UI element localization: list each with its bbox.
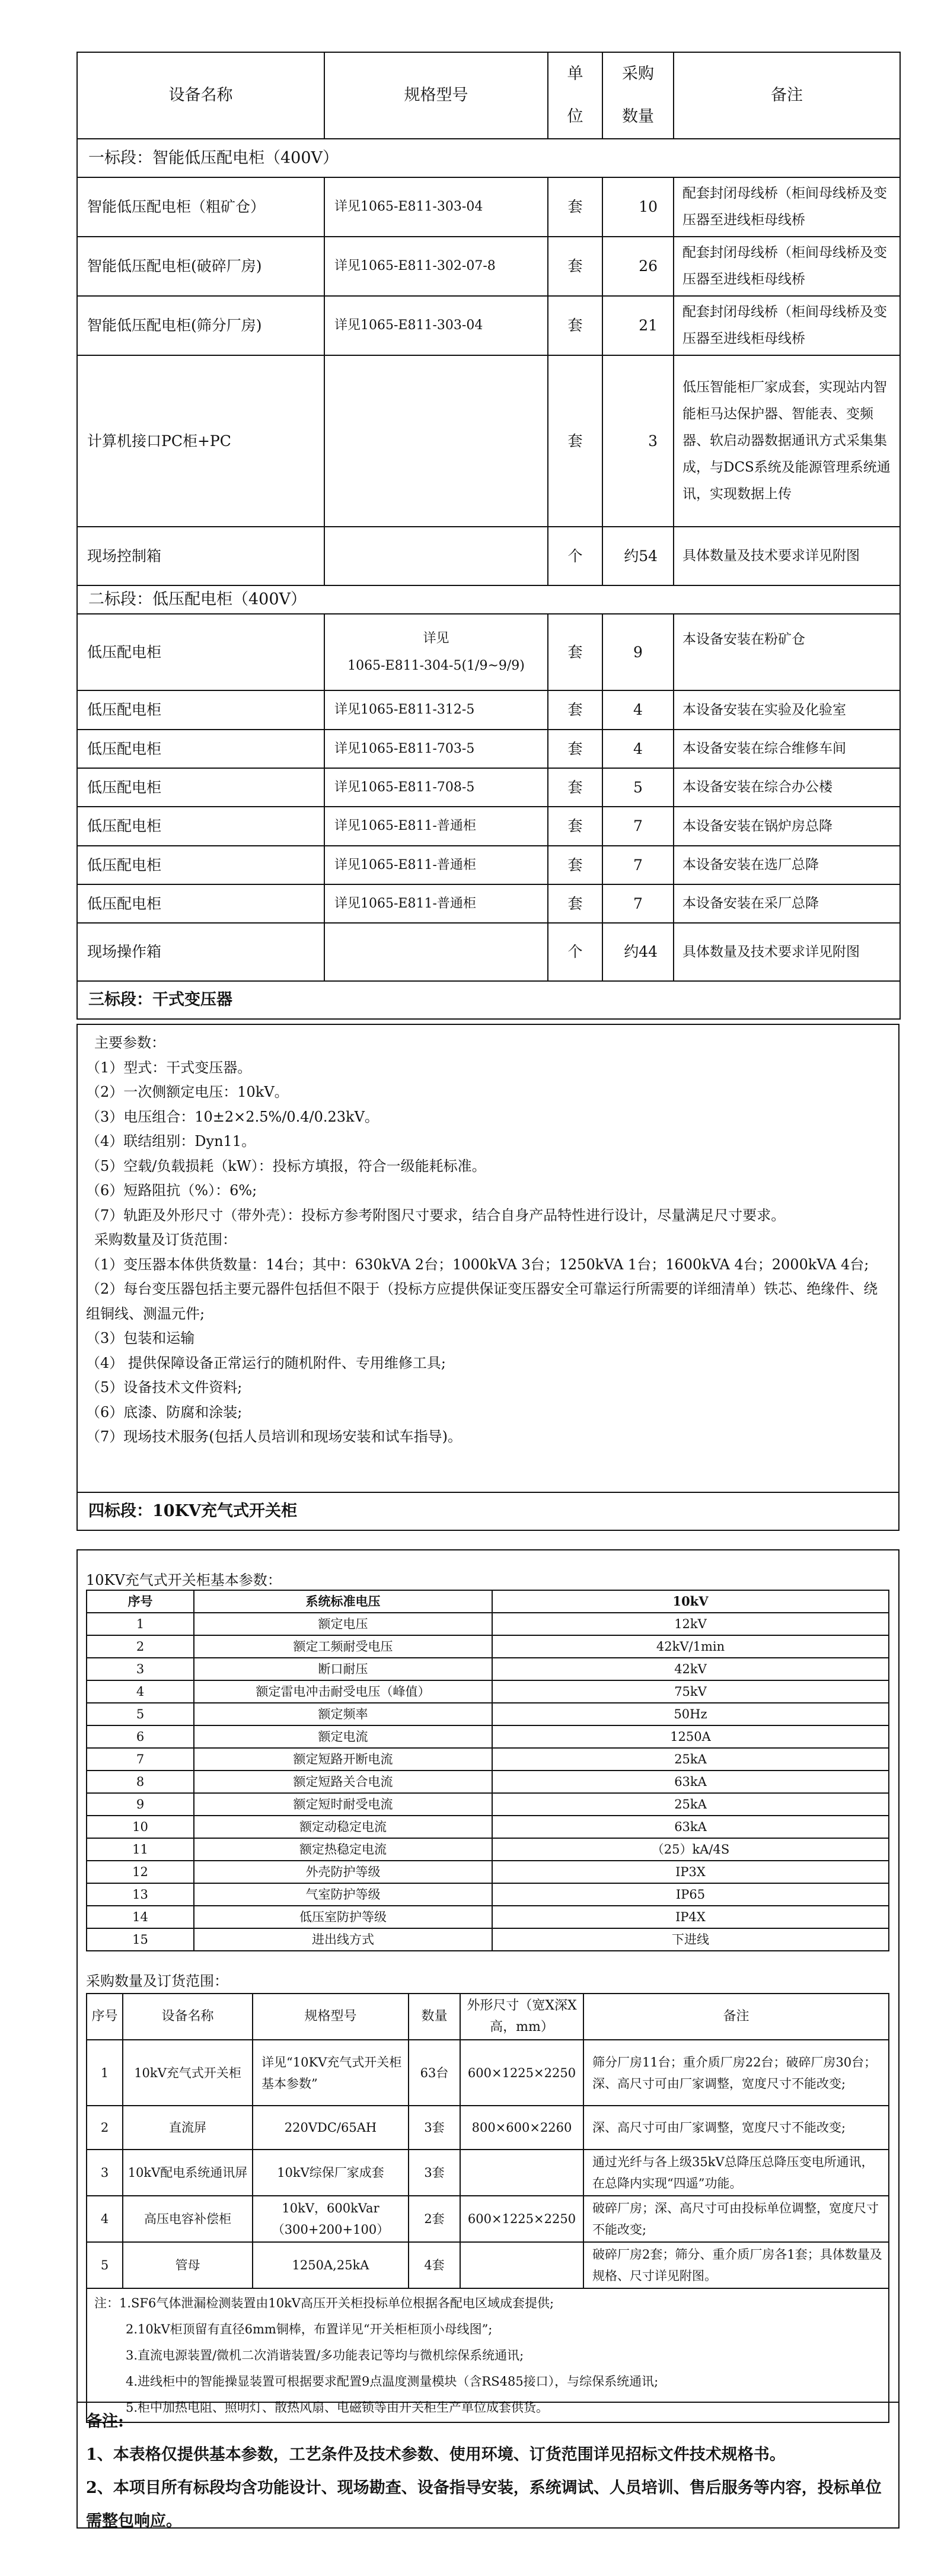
param-value: （25）kA/4S bbox=[492, 1838, 889, 1861]
param-line: （6）短路阻抗（%）：6%; bbox=[86, 1179, 890, 1203]
header-equipment-name: 设备名称 bbox=[77, 52, 324, 139]
param-no: 15 bbox=[87, 1928, 194, 1951]
param-item: 额定工频耐受电压 bbox=[194, 1635, 492, 1658]
params-title: 主要参数： bbox=[86, 1031, 890, 1056]
table-row: 4 高压电容补偿柜 10kV，600kVar（300+200+100） 2套 6… bbox=[87, 2196, 889, 2242]
unit: 个 bbox=[548, 527, 602, 585]
param-value: 75kV bbox=[492, 1680, 889, 1703]
quantity: 7 bbox=[602, 846, 674, 884]
order-no: 4 bbox=[87, 2196, 123, 2242]
quantity: 7 bbox=[602, 884, 674, 923]
param-item: 额定短路关合电流 bbox=[194, 1771, 492, 1793]
param-line: （2）一次侧额定电压：10kV。 bbox=[86, 1080, 890, 1105]
table-row: 3 10kV配电系统通讯屏 10kV综保厂家成套 3套 通过光纤与各上级35kV… bbox=[87, 2150, 889, 2196]
header-quantity: 采购数量 bbox=[602, 52, 674, 139]
quantity: 10 bbox=[602, 177, 674, 237]
order-header-size: 外形尺寸（宽X深X高，mm） bbox=[460, 1994, 583, 2040]
table-row: 智能低压配电柜(筛分厂房) 详见1065-E811-303-04 套 21 配套… bbox=[77, 296, 900, 355]
param-no: 14 bbox=[87, 1906, 194, 1928]
param-value: 63kA bbox=[492, 1771, 889, 1793]
equipment-name: 低压配电柜 bbox=[77, 884, 324, 923]
switchgear-params-title: 10KV充气式开关柜基本参数： bbox=[86, 1568, 282, 1589]
equipment-name: 现场控制箱 bbox=[77, 527, 324, 585]
param-value: IP4X bbox=[492, 1906, 889, 1928]
section-2-title: 二标段：低压配电柜（400V） bbox=[77, 585, 900, 614]
notes-label: 注： bbox=[94, 2296, 119, 2310]
param-header-row: 序号 系统标准电压 10kV bbox=[87, 1590, 889, 1613]
header-spec-model: 规格型号 bbox=[324, 52, 548, 139]
param-value: 12kV bbox=[492, 1613, 889, 1635]
spec-model bbox=[324, 355, 548, 527]
param-no: 7 bbox=[87, 1748, 194, 1771]
note: 配套封闭母线桥（柜间母线桥及变压器至进线柜母线桥 bbox=[674, 237, 900, 296]
order-header-name: 设备名称 bbox=[123, 1994, 253, 2040]
unit: 套 bbox=[548, 355, 602, 527]
spec-model: 详见1065-E811-普通柜 bbox=[324, 807, 548, 846]
param-no: 12 bbox=[87, 1861, 194, 1883]
note: 本设备安装在实验及化验室 bbox=[674, 690, 900, 730]
unit: 套 bbox=[548, 846, 602, 884]
order-spec: 10kV，600kVar（300+200+100） bbox=[253, 2196, 409, 2242]
param-no: 11 bbox=[87, 1838, 194, 1861]
spec-model bbox=[324, 923, 548, 981]
order-scope-title: 采购数量及订货范围： bbox=[86, 1969, 228, 1990]
order-qty: 3套 bbox=[409, 2150, 460, 2196]
param-header-value: 10kV bbox=[492, 1590, 889, 1613]
note: 具体数量及技术要求详见附图 bbox=[674, 923, 900, 981]
table-row: 计算机接口PC柜+PC 套 3 低压智能柜厂家成套，实现站内智能柜马达保护器、智… bbox=[77, 355, 900, 527]
scope-line: （7）现场技术服务(包括人员培训和现场安装和试车指导)。 bbox=[86, 1425, 890, 1450]
unit: 套 bbox=[548, 768, 602, 807]
param-value: 42kV/1min bbox=[492, 1635, 889, 1658]
param-item: 额定电流 bbox=[194, 1725, 492, 1748]
equipment-name: 低压配电柜 bbox=[77, 614, 324, 690]
table-row: 现场操作箱 个 约44 具体数量及技术要求详见附图 bbox=[77, 923, 900, 981]
header-note: 备注 bbox=[674, 52, 900, 139]
equipment-name: 智能低压配电柜(破碎厂房) bbox=[77, 237, 324, 296]
equipment-name: 低压配电柜 bbox=[77, 846, 324, 884]
quantity: 21 bbox=[602, 296, 674, 355]
equipment-name: 计算机接口PC柜+PC bbox=[77, 355, 324, 527]
spec-model: 详见1065-E811-312-5 bbox=[324, 690, 548, 730]
param-no: 6 bbox=[87, 1725, 194, 1748]
order-name: 10kV配电系统通讯屏 bbox=[123, 2150, 253, 2196]
quantity: 3 bbox=[602, 355, 674, 527]
quantity: 5 bbox=[602, 768, 674, 807]
order-size: 600×1225×2250 bbox=[460, 2196, 583, 2242]
switchgear-param-table: 序号 系统标准电压 10kV 1额定电压12kV 2额定工频耐受电压42kV/1… bbox=[86, 1590, 889, 1951]
table-row: 1 10kV充气式开关柜 详见“10KV充气式开关柜基本参数” 63台 600×… bbox=[87, 2040, 889, 2106]
remark-line: 1、本表格仅提供基本参数，工艺条件及技术参数、使用环境、订货范围详见招标文件技术… bbox=[86, 2438, 890, 2472]
unit: 套 bbox=[548, 884, 602, 923]
param-line: （4）联结组别：Dyn11。 bbox=[86, 1129, 890, 1154]
table-row: 低压配电柜 详见1065-E811-普通柜 套 7 本设备安装在选厂总降 bbox=[77, 846, 900, 884]
table-row: 15进出线方式下进线 bbox=[87, 1928, 889, 1951]
table-row: 6额定电流1250A bbox=[87, 1725, 889, 1748]
section-1-row: 一标段：智能低压配电柜（400V） bbox=[77, 139, 900, 177]
note: 本设备安装在采厂总降 bbox=[674, 884, 900, 923]
table-row: 9额定短时耐受电流25kA bbox=[87, 1793, 889, 1816]
order-note: 筛分厂房11台；重介质厂房22台；破碎厂房30台；深、高尺寸可由厂家调整，宽度尺… bbox=[583, 2040, 889, 2106]
note-line: 2.10kV柜顶留有直径6mm铜棒，布置详见“开关柜柜顶小母线图”; bbox=[94, 2316, 881, 2342]
spec-model: 详见1065-E811-708-5 bbox=[324, 768, 548, 807]
equipment-name: 智能低压配电柜(筛分厂房) bbox=[77, 296, 324, 355]
quantity: 约54 bbox=[602, 527, 674, 585]
table-row: 低压配电柜 详见1065-E811-普通柜 套 7 本设备安装在锅炉房总降 bbox=[77, 807, 900, 846]
order-note: 破碎厂房；深、高尺寸可由投标单位调整，宽度尺寸不能改变; bbox=[583, 2196, 889, 2242]
table-row: 低压配电柜 详见1065-E811-普通柜 套 7 本设备安装在采厂总降 bbox=[77, 884, 900, 923]
note-line: 3.直流电源装置/微机二次消谐装置/多功能表记等均与微机综保系统通讯; bbox=[94, 2342, 881, 2368]
order-spec: 1250A,25kA bbox=[253, 2242, 409, 2288]
table-row: 3断口耐压42kV bbox=[87, 1658, 889, 1680]
table-row: 低压配电柜 详见1065-E811-708-5 套 5 本设备安装在综合办公楼 bbox=[77, 768, 900, 807]
header-unit: 单位 bbox=[548, 52, 602, 139]
table-row: 12外壳防护等级IP3X bbox=[87, 1861, 889, 1883]
spec-model: 详见1065-E811-普通柜 bbox=[324, 884, 548, 923]
unit: 套 bbox=[548, 177, 602, 237]
param-item: 额定短路开断电流 bbox=[194, 1748, 492, 1771]
order-qty: 3套 bbox=[409, 2106, 460, 2150]
param-header-no: 序号 bbox=[87, 1590, 194, 1613]
unit: 套 bbox=[548, 690, 602, 730]
order-no: 1 bbox=[87, 2040, 123, 2106]
spec-model: 详见1065-E811-303-04 bbox=[324, 296, 548, 355]
param-value: 25kA bbox=[492, 1748, 889, 1771]
unit: 套 bbox=[548, 296, 602, 355]
scope-title: 采购数量及订货范围： bbox=[86, 1228, 890, 1253]
order-no: 2 bbox=[87, 2106, 123, 2150]
order-spec: 10kV综保厂家成套 bbox=[253, 2150, 409, 2196]
remarks-title: 备注: bbox=[86, 2405, 890, 2438]
table-row: 8额定短路关合电流63kA bbox=[87, 1771, 889, 1793]
param-line: （5）空载/负载损耗（kW）：投标方填报，符合一级能耗标准。 bbox=[86, 1154, 890, 1179]
spec-model: 详见1065-E811-303-04 bbox=[324, 177, 548, 237]
note-line: 4.进线柜中的智能操显装置可根据要求配置9点温度测量模块（含RS485接口），与… bbox=[94, 2368, 881, 2394]
param-item: 气室防护等级 bbox=[194, 1883, 492, 1906]
note: 配套封闭母线桥（柜间母线桥及变压器至进线柜母线桥 bbox=[674, 177, 900, 237]
param-no: 2 bbox=[87, 1635, 194, 1658]
table-row: 2 直流屏 220VDC/65AH 3套 800×600×2260 深、高尺寸可… bbox=[87, 2106, 889, 2150]
switchgear-box: 10KV充气式开关柜基本参数： 序号 系统标准电压 10kV 1额定电压12kV… bbox=[76, 1549, 899, 2403]
scope-line: （4） 提供保障设备正常运行的随机附件、专用维修工具; bbox=[86, 1351, 890, 1376]
unit: 套 bbox=[548, 614, 602, 690]
table-row: 10额定动稳定电流63kA bbox=[87, 1816, 889, 1838]
order-header-qty: 数量 bbox=[409, 1994, 460, 2040]
param-no: 5 bbox=[87, 1703, 194, 1725]
order-size: 600×1225×2250 bbox=[460, 2040, 583, 2106]
equipment-name: 低压配电柜 bbox=[77, 730, 324, 768]
param-line: （1）型式：干式变压器。 bbox=[86, 1056, 890, 1081]
quantity: 26 bbox=[602, 237, 674, 296]
order-qty: 63台 bbox=[409, 2040, 460, 2106]
order-qty: 2套 bbox=[409, 2196, 460, 2242]
param-item: 断口耐压 bbox=[194, 1658, 492, 1680]
equipment-name: 低压配电柜 bbox=[77, 807, 324, 846]
order-no: 3 bbox=[87, 2150, 123, 2196]
spec-model bbox=[324, 527, 548, 585]
table-row: 4额定雷电冲击耐受电压（峰值）75kV bbox=[87, 1680, 889, 1703]
order-spec: 220VDC/65AH bbox=[253, 2106, 409, 2150]
quantity: 7 bbox=[602, 807, 674, 846]
order-spec: 详见“10KV充气式开关柜基本参数” bbox=[253, 2040, 409, 2106]
table-row: 5 管母 1250A,25kA 4套 破碎厂房2套；筛分、重介质厂房各1套；具体… bbox=[87, 2242, 889, 2288]
unit: 套 bbox=[548, 730, 602, 768]
order-qty: 4套 bbox=[409, 2242, 460, 2288]
order-note: 深、高尺寸可由厂家调整，宽度尺寸不能改变; bbox=[583, 2106, 889, 2150]
note: 具体数量及技术要求详见附图 bbox=[674, 527, 900, 585]
note: 本设备安装在粉矿仓 bbox=[674, 614, 900, 690]
order-size bbox=[460, 2150, 583, 2196]
param-value: 25kA bbox=[492, 1793, 889, 1816]
table-header-row: 设备名称 规格型号 单位 采购数量 备注 bbox=[77, 52, 900, 139]
order-name: 高压电容补偿柜 bbox=[123, 2196, 253, 2242]
table-row: 5额定频率50Hz bbox=[87, 1703, 889, 1725]
section-4-title: 四标段：10KV充气式开关柜 bbox=[76, 1492, 899, 1531]
order-header-note: 备注 bbox=[583, 1994, 889, 2040]
note-line: 注：1.SF6气体泄漏检测装置由10kV高压开关柜投标单位根据各配电区域成套提供… bbox=[94, 2290, 881, 2316]
order-note: 通过光纤与各上级35kV总降压总降压变电所通讯，在总降内实现“四遥”功能。 bbox=[583, 2150, 889, 2196]
unit: 套 bbox=[548, 807, 602, 846]
order-size: 800×600×2260 bbox=[460, 2106, 583, 2150]
scope-line: （6）底漆、防腐和涂装; bbox=[86, 1400, 890, 1425]
param-no: 10 bbox=[87, 1816, 194, 1838]
param-no: 13 bbox=[87, 1883, 194, 1906]
param-item: 额定热稳定电流 bbox=[194, 1838, 492, 1861]
note: 配套封闭母线桥（柜间母线桥及变压器至进线柜母线桥 bbox=[674, 296, 900, 355]
quantity: 9 bbox=[602, 614, 674, 690]
param-value: 42kV bbox=[492, 1658, 889, 1680]
order-name: 管母 bbox=[123, 2242, 253, 2288]
param-value: IP3X bbox=[492, 1861, 889, 1883]
table-row: 低压配电柜 详见1065-E811-312-5 套 4 本设备安装在实验及化验室 bbox=[77, 690, 900, 730]
param-item: 低压室防护等级 bbox=[194, 1906, 492, 1928]
remarks-box: 备注: 1、本表格仅提供基本参数，工艺条件及技术参数、使用环境、订货范围详见招标… bbox=[76, 2402, 899, 2529]
table-row: 智能低压配电柜（粗矿仓） 详见1065-E811-303-04 套 10 配套封… bbox=[77, 177, 900, 237]
spec-model: 详见1065-E811-302-07-8 bbox=[324, 237, 548, 296]
note: 低压智能柜厂家成套，实现站内智能柜马达保护器、智能表、变频器、软启动器数据通讯方… bbox=[674, 355, 900, 527]
procurement-table: 设备名称 规格型号 单位 采购数量 备注 一标段：智能低压配电柜（400V） 智… bbox=[76, 52, 901, 1020]
param-value: 63kA bbox=[492, 1816, 889, 1838]
param-item: 额定电压 bbox=[194, 1613, 492, 1635]
table-row: 低压配电柜 详见1065-E811-703-5 套 4 本设备安装在综合维修车间 bbox=[77, 730, 900, 768]
spec-model: 详见1065-E811-703-5 bbox=[324, 730, 548, 768]
param-no: 9 bbox=[87, 1793, 194, 1816]
param-item: 额定雷电冲击耐受电压（峰值） bbox=[194, 1680, 492, 1703]
param-item: 进出线方式 bbox=[194, 1928, 492, 1951]
order-header-no: 序号 bbox=[87, 1994, 123, 2040]
remark-line: 2、本项目所有标段均含功能设计、现场勘查、设备指导安装，系统调试、人员培训、售后… bbox=[86, 2472, 890, 2538]
param-no: 1 bbox=[87, 1613, 194, 1635]
param-item: 额定频率 bbox=[194, 1703, 492, 1725]
transformer-params-box: 主要参数： （1）型式：干式变压器。 （2）一次侧额定电压：10kV。 （3）电… bbox=[76, 1024, 899, 1492]
scope-line: （3）包装和运输 bbox=[86, 1326, 890, 1351]
table-row: 现场控制箱 个 约54 具体数量及技术要求详见附图 bbox=[77, 527, 900, 585]
param-item: 额定短时耐受电流 bbox=[194, 1793, 492, 1816]
equipment-name: 智能低压配电柜（粗矿仓） bbox=[77, 177, 324, 237]
order-name: 直流屏 bbox=[123, 2106, 253, 2150]
table-row: 7额定短路开断电流25kA bbox=[87, 1748, 889, 1771]
switchgear-order-table: 序号 设备名称 规格型号 数量 外形尺寸（宽X深X高，mm） 备注 1 10kV… bbox=[86, 1993, 889, 2423]
param-no: 8 bbox=[87, 1771, 194, 1793]
param-no: 3 bbox=[87, 1658, 194, 1680]
table-row: 2额定工频耐受电压42kV/1min bbox=[87, 1635, 889, 1658]
scope-line: （5）设备技术文件资料; bbox=[86, 1375, 890, 1400]
note: 本设备安装在锅炉房总降 bbox=[674, 807, 900, 846]
param-no: 4 bbox=[87, 1680, 194, 1703]
table-row: 低压配电柜 详见1065-E811-304-5(1/9~9/9) 套 9 本设备… bbox=[77, 614, 900, 690]
section-3-title: 三标段：干式变压器 bbox=[77, 981, 900, 1019]
order-name: 10kV充气式开关柜 bbox=[123, 2040, 253, 2106]
unit: 套 bbox=[548, 237, 602, 296]
quantity: 约44 bbox=[602, 923, 674, 981]
table-row: 1额定电压12kV bbox=[87, 1613, 889, 1635]
param-header-item: 系统标准电压 bbox=[194, 1590, 492, 1613]
order-header-row: 序号 设备名称 规格型号 数量 外形尺寸（宽X深X高，mm） 备注 bbox=[87, 1994, 889, 2040]
param-value: 1250A bbox=[492, 1725, 889, 1748]
order-size bbox=[460, 2242, 583, 2288]
section-2-row: 二标段：低压配电柜（400V） bbox=[77, 585, 900, 614]
param-item: 额定动稳定电流 bbox=[194, 1816, 492, 1838]
note: 本设备安装在综合维修车间 bbox=[674, 730, 900, 768]
param-line: （7）轨距及外形尺寸（带外壳）：投标方参考附图尺寸要求，结合自身产品特性进行设计… bbox=[86, 1203, 890, 1228]
param-value: 50Hz bbox=[492, 1703, 889, 1725]
table-row: 13气室防护等级IP65 bbox=[87, 1883, 889, 1906]
quantity: 4 bbox=[602, 690, 674, 730]
order-header-spec: 规格型号 bbox=[253, 1994, 409, 2040]
param-value: IP65 bbox=[492, 1883, 889, 1906]
table-row: 14低压室防护等级IP4X bbox=[87, 1906, 889, 1928]
equipment-name: 现场操作箱 bbox=[77, 923, 324, 981]
order-no: 5 bbox=[87, 2242, 123, 2288]
spec-model: 详见1065-E811-普通柜 bbox=[324, 846, 548, 884]
param-item: 外壳防护等级 bbox=[194, 1861, 492, 1883]
table-row: 智能低压配电柜(破碎厂房) 详见1065-E811-302-07-8 套 26 … bbox=[77, 237, 900, 296]
quantity: 4 bbox=[602, 730, 674, 768]
unit: 个 bbox=[548, 923, 602, 981]
scope-line: （1）变压器本体供货数量：14台；其中：630kVA 2台；1000kVA 3台… bbox=[86, 1253, 890, 1278]
section-3-row: 三标段：干式变压器 bbox=[77, 981, 900, 1019]
note: 本设备安装在综合办公楼 bbox=[674, 768, 900, 807]
table-row: 11额定热稳定电流（25）kA/4S bbox=[87, 1838, 889, 1861]
scope-line: （2）每台变压器包括主要元器件包括但不限于（投标方应提供保证变压器安全可靠运行所… bbox=[86, 1277, 890, 1326]
param-value: 下进线 bbox=[492, 1928, 889, 1951]
section-1-title: 一标段：智能低压配电柜（400V） bbox=[77, 139, 900, 177]
note: 本设备安装在选厂总降 bbox=[674, 846, 900, 884]
spec-model: 详见1065-E811-304-5(1/9~9/9) bbox=[324, 614, 548, 690]
order-note: 破碎厂房2套；筛分、重介质厂房各1套；具体数量及规格、尺寸详见附图。 bbox=[583, 2242, 889, 2288]
equipment-name: 低压配电柜 bbox=[77, 768, 324, 807]
equipment-name: 低压配电柜 bbox=[77, 690, 324, 730]
param-line: （3）电压组合：10±2×2.5%/0.4/0.23kV。 bbox=[86, 1105, 890, 1130]
